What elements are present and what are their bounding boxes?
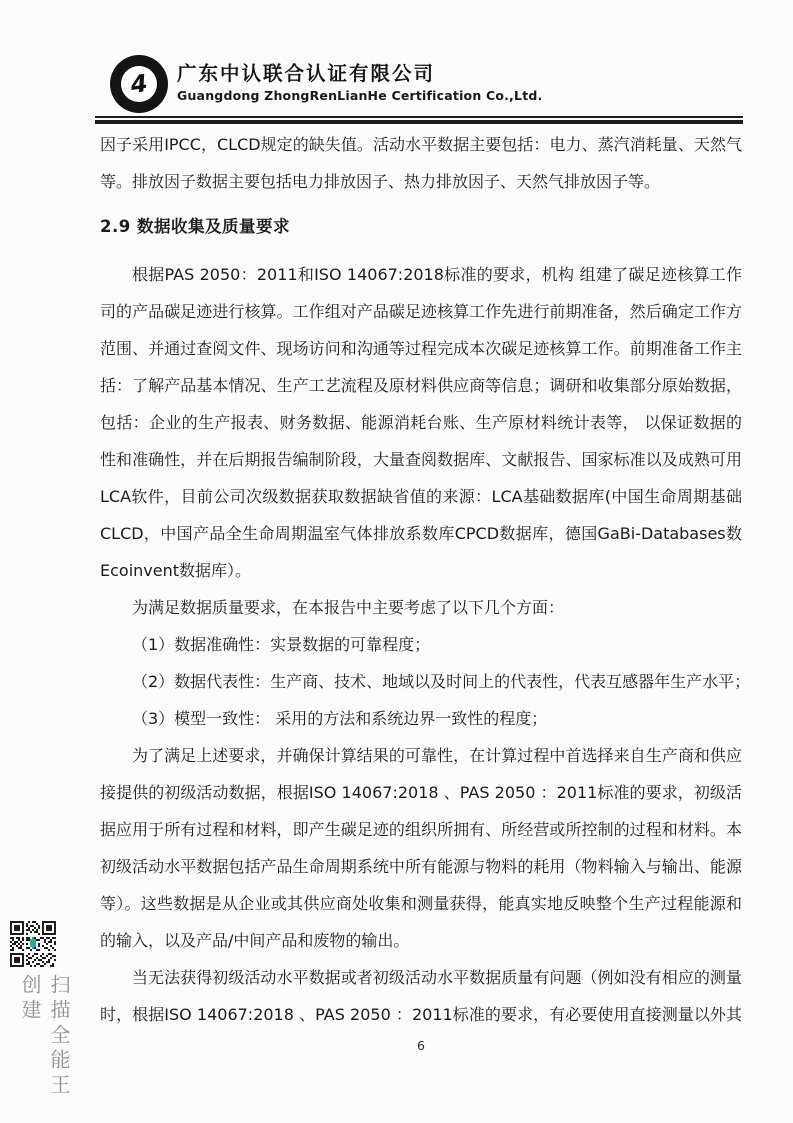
paragraph-quality: 为满足数据质量要求，在本报告中主要考虑了以下几个方面： （1）数据准确性：实景数… xyxy=(100,589,742,737)
scanned-document-page: 4 广东中认联合认证有限公司 Guangdong ZhongRenLianHe … xyxy=(0,0,793,1123)
paragraph-intro: 因子采用IPCC，CLCD规定的缺失值。活动水平数据主要包括：电力、蒸汽消耗量、… xyxy=(100,126,742,200)
text-line: 范围、并通过查阅文件、现场访问和沟通等过程完成本次碳足迹核算工作。前期准备工作主… xyxy=(100,330,742,367)
text-line: 为满足数据质量要求，在本报告中主要考虑了以下几个方面： xyxy=(100,589,742,626)
page-number: 6 xyxy=(100,1036,742,1056)
text-line: 包括：企业的生产报表、财务数据、能源消耗台账、生产原材料统计表等， 以保证数据的… xyxy=(100,404,742,441)
text-line: CLCD，中国产品全生命周期温室气体排放系数库CPCD数据库，德国GaBi-Da… xyxy=(100,515,742,552)
text-line: 接提供的初级活动数据，根据ISO 14067:2018 、PAS 2050 ：2… xyxy=(100,774,742,811)
text-line: LCA软件，目前公司次级数据获取数据缺省值的来源：LCA基础数据库(中国生命周期… xyxy=(100,478,742,515)
text-line: 据应用于所有过程和材料，即产生碳足迹的组织所拥有、所经营或所控制的过程和材料。本… xyxy=(100,811,742,848)
text-line: 时，根据ISO 14067:2018 、PAS 2050 ：2011标准的要求，… xyxy=(100,996,742,1033)
text-line: 根据PAS 2050：2011和ISO 14067:2018标准的要求，机构 组… xyxy=(100,256,742,293)
header-rule-thin xyxy=(95,116,743,118)
text-line: 括：了解产品基本情况、生产工艺流程及原材料供应商等信息；调研和收集部分原始数据，… xyxy=(100,367,742,404)
paragraph-primary-data: 为了满足上述要求，并确保计算结果的可靠性，在计算过程中首选择来自生产商和供应商直… xyxy=(100,737,742,959)
paragraph-preparation: 根据PAS 2050：2011和ISO 14067:2018标准的要求，机构 组… xyxy=(100,256,742,589)
camscanner-watermark-text: 扫描全能王 创建 xyxy=(16,974,74,1120)
text-line: 等）。这些数据是从企业或其供应商处收集和测量获得，能真实地反映整个生产过程能源和… xyxy=(100,885,742,922)
paragraph-secondary-data: 当无法获得初级活动水平数据或者初级活动水平数据质量有问题（例如没有相应的测量仪表… xyxy=(100,959,742,1033)
text-line: 当无法获得初级活动水平数据或者初级活动水平数据质量有问题（例如没有相应的测量仪表… xyxy=(100,959,742,996)
text-line: 性和准确性，并在后期报告编制阶段，大量查阅数据库、文献报告、国家标准以及成熟可用… xyxy=(100,441,742,478)
text-line: 为了满足上述要求，并确保计算结果的可靠性，在计算过程中首选择来自生产商和供应商直 xyxy=(100,737,742,774)
list-item: （2）数据代表性：生产商、技术、地域以及时间上的代表性，代表互感器年生产水平； xyxy=(100,663,742,700)
text-line: Ecoinvent数据库）。 xyxy=(100,552,742,589)
document-body: 因子采用IPCC，CLCD规定的缺失值。活动水平数据主要包括：电力、蒸汽消耗量、… xyxy=(100,126,742,1056)
list-item: （1）数据准确性：实景数据的可靠程度； xyxy=(100,626,742,663)
seal-glyph: 4 xyxy=(119,64,160,105)
certification-seal-icon: 4 xyxy=(110,55,168,113)
text-line: 的输入，以及产品/中间产品和废物的输出。 xyxy=(100,922,742,959)
header-rule-thick xyxy=(95,120,743,124)
section-heading: 2.9 数据收集及质量要求 xyxy=(100,208,742,245)
list-item: （3）模型一致性： 采用的方法和系统边界一致性的程度； xyxy=(100,700,742,737)
text-line: 初级活动水平数据包括产品生命周期系统中所有能源与物料的耗用（物料输入与输出、能源… xyxy=(100,848,742,885)
company-name-cn: 广东中认联合认证有限公司 xyxy=(177,58,435,86)
text-line: 因子采用IPCC，CLCD规定的缺失值。活动水平数据主要包括：电力、蒸汽消耗量、… xyxy=(100,126,742,163)
text-line: 司的产品碳足迹进行核算。工作组对产品碳足迹核算工作先进行前期准备，然后确定工作方… xyxy=(100,293,742,330)
company-name-en: Guangdong ZhongRenLianHe Certification C… xyxy=(177,88,543,103)
qr-code-icon xyxy=(10,921,56,967)
text-line: 等。排放因子数据主要包括电力排放因子、热力排放因子、天然气排放因子等。 xyxy=(100,163,742,200)
